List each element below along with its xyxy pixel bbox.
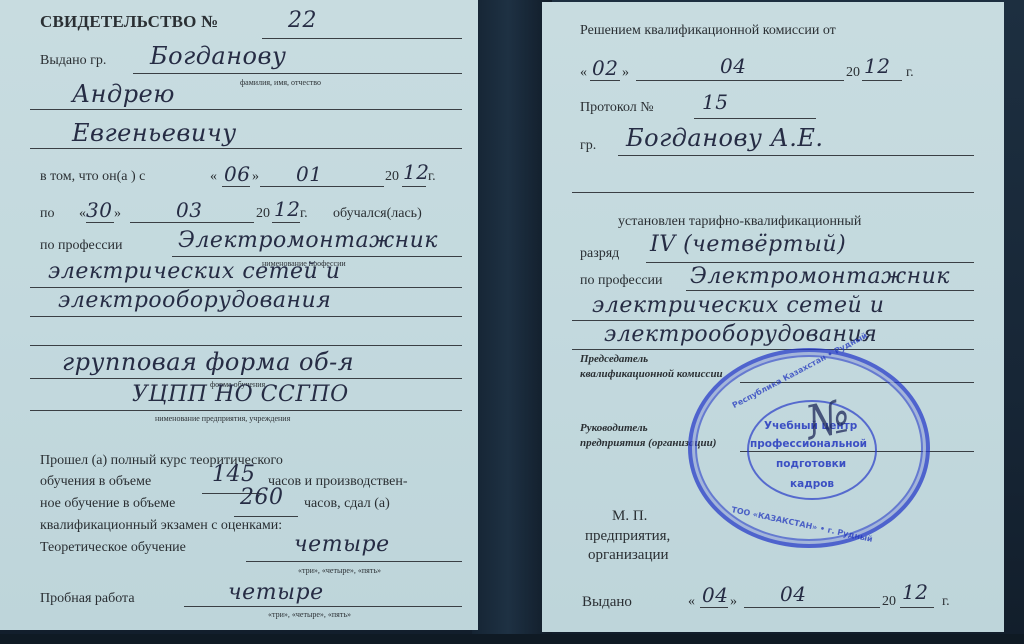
rank-label: разряд	[580, 246, 619, 262]
issued-month: 04	[780, 582, 806, 606]
profession-label: по профессии	[40, 238, 123, 254]
stamp-center-line4: кадров	[790, 478, 834, 490]
theory-grade-label: Теоретическое обучение	[40, 540, 186, 556]
practice-hours: 260	[240, 485, 284, 510]
protocol-number: 15	[702, 90, 728, 114]
theory-grade: четыре	[294, 532, 390, 557]
trial-work-label: Пробная работа	[40, 591, 135, 607]
trial-work-grade: четыре	[228, 580, 324, 605]
to-day: 30	[86, 198, 112, 222]
first-name: Андрею	[72, 80, 175, 108]
issued-year-suffix: 12	[902, 580, 928, 604]
theory-hours: 145	[212, 462, 256, 487]
to-month: 03	[176, 198, 202, 222]
right-profession-line1: Электромонтажник	[690, 264, 950, 289]
from-day: 06	[224, 162, 250, 186]
surname: Богданову	[150, 42, 286, 70]
theory-grade-options: «три», «четыре», «пять»	[298, 566, 381, 575]
trial-work-options: «три», «четыре», «пять»	[268, 610, 351, 619]
right-profession-line2: электрических сетей и	[592, 293, 884, 318]
citizen-label: гр.	[580, 138, 596, 154]
profession-line2: электрических сетей и	[48, 259, 340, 284]
from-month: 01	[296, 162, 322, 186]
patronymic-line	[30, 148, 462, 149]
from-year-suffix: 12	[403, 160, 429, 184]
document-spine	[472, 0, 552, 644]
profession-line3: электрооборудования	[58, 288, 331, 313]
seal-label-2: предприятия,	[585, 528, 670, 545]
study-form: групповая форма об-я	[62, 348, 354, 376]
to-label: по	[40, 206, 55, 222]
patronymic: Евгеньевичу	[72, 119, 237, 147]
name-caption: фамилия, имя, отчество	[240, 78, 321, 87]
rank-value: IV (четвёртый)	[650, 232, 846, 257]
institution-caption: нименование предприятия, учреждения	[155, 414, 290, 423]
certificate-number-line	[262, 38, 462, 39]
issued-to-label: Выдано гр.	[40, 53, 106, 69]
commission-year-suffix: 12	[864, 54, 890, 78]
protocol-label: Протокол №	[580, 100, 654, 116]
citizen-name: Богданову А.Е.	[626, 124, 823, 152]
chairman-label-1: Председатель	[580, 353, 648, 365]
institution: УЦПП НО ССГПО	[132, 382, 349, 407]
to-year-suffix: 12	[274, 197, 300, 221]
director-label-1: Руководитель	[580, 422, 648, 434]
profession-line1: Электромонтажник	[178, 228, 438, 253]
commission-day: 02	[592, 56, 618, 80]
studied-label: обучался(лась)	[333, 206, 422, 222]
stamp-center-line3: подготовки	[776, 458, 846, 470]
rank-intro: установлен тарифно-квалификационный	[618, 214, 861, 230]
commission-label: Решением квалификационной комиссии от	[580, 23, 836, 39]
cover-bottom-edge	[0, 634, 1024, 644]
certificate-number: 22	[288, 8, 317, 33]
surname-line	[133, 73, 462, 74]
issued-day: 04	[702, 583, 728, 607]
seal-label-3: организации	[588, 547, 669, 564]
seal-label-1: М. П.	[612, 508, 647, 525]
commission-month: 04	[720, 54, 746, 78]
chairman-label-2: квалификационной комиссии	[580, 368, 723, 380]
certificate-title: СВИДЕТЕЛЬСТВО №	[40, 12, 218, 32]
from-label: в том, что он(а ) с	[40, 169, 145, 185]
right-profession-line3: электрооборудования	[604, 322, 877, 347]
first-name-line	[30, 109, 462, 110]
right-profession-label: по профессии	[580, 273, 663, 289]
issued-label: Выдано	[582, 594, 632, 611]
